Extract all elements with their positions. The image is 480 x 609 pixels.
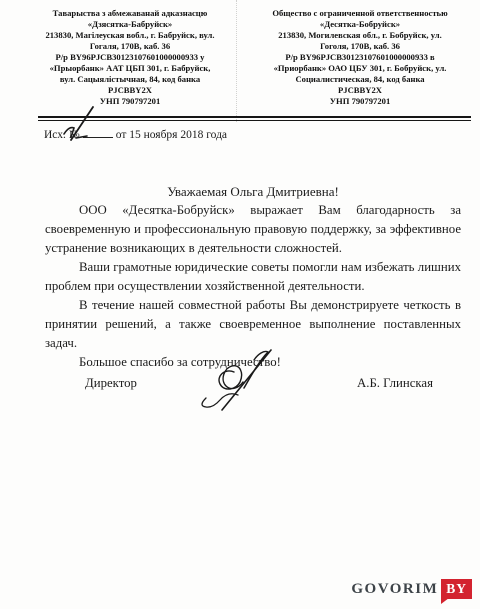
unp-line: УНП 790797201 — [248, 96, 472, 107]
unp-line: УНП 790797201 — [18, 96, 242, 107]
handwritten-signature — [188, 348, 298, 414]
bank-name-line: «Приорбанк» ОАО ЦБУ 301, г. Бобруйск, ул… — [248, 63, 472, 74]
logo-badge-text: BY — [446, 581, 467, 596]
bank-address-line: Социалистическая, 84, код банка — [248, 74, 472, 85]
scan-fold-crease — [236, 0, 237, 122]
paragraph-gratitude: ООО «Десятка-Бобруйск» выражает Вам благ… — [45, 201, 461, 258]
letter-body: ООО «Десятка-Бобруйск» выражает Вам благ… — [45, 201, 461, 372]
paragraph-advice: Ваши грамотные юридические советы помогл… — [45, 258, 461, 296]
bank-code-line: PJCBBY2X — [248, 85, 472, 96]
bank-address-line: вул. Сацыялістычная, 84, код банка — [18, 74, 242, 85]
logo-wordmark: GOVORIM — [351, 581, 438, 598]
letterhead-left-column-belarusian: Таварыства з абмежаванай адказнасцю «Дзя… — [18, 8, 242, 107]
company-name-ru: «Десятка-Бобруйск» — [248, 19, 472, 30]
logo-by-badge: BY — [441, 579, 472, 599]
letterhead-line: Общество с ограниченной ответственностью — [248, 8, 472, 19]
handwritten-reference-number — [58, 104, 102, 146]
letterhead-divider-rule — [38, 116, 471, 121]
letterhead-line: Гоголя, 170В, каб. 36 — [248, 41, 472, 52]
letterhead-line: Таварыства з абмежаванай адказнасцю — [18, 8, 242, 19]
paragraph-cooperation: В течение нашей совместной работы Вы дем… — [45, 296, 461, 353]
bank-name-line: «Прыорбанк» ААТ ЦБП 301, г. Бабруйск, — [18, 63, 242, 74]
scanned-letter-page: Таварыства з абмежаванай адказнасцю «Дзя… — [0, 0, 480, 609]
bank-account-line: Р/р BY96PJCB30123107601000000933 в — [248, 52, 472, 63]
signature-block: Директор А.Б. Глинская — [0, 374, 480, 414]
bank-account-line: Р/р BY96PJCB30123107601000000933 у — [18, 52, 242, 63]
company-name-by: «Дзясятка-Бабруйск» — [18, 19, 242, 30]
salutation: Уважаемая Ольга Дмитриевна! — [45, 184, 461, 200]
letterhead-line: Гогаля, 170В, каб. 36 — [18, 41, 242, 52]
reference-date: от 15 ноября 2018 года — [116, 129, 227, 141]
signer-name: А.Б. Глинская — [357, 376, 433, 391]
govorim-by-watermark: GOVORIM BY — [351, 579, 472, 599]
bank-code-line: PJCBBY2X — [18, 85, 242, 96]
signer-title: Директор — [85, 376, 137, 391]
logo-badge-tail — [441, 598, 449, 604]
letterhead-line: 213830, Могилевская обл., г. Бобруйск, у… — [248, 30, 472, 41]
letterhead: Таварыства з абмежаванай адказнасцю «Дзя… — [0, 8, 480, 107]
letterhead-line: 213830, Магілеуская вобл., г. Бабруйск, … — [18, 30, 242, 41]
letterhead-right-column-russian: Общество с ограниченной ответственностью… — [248, 8, 472, 107]
